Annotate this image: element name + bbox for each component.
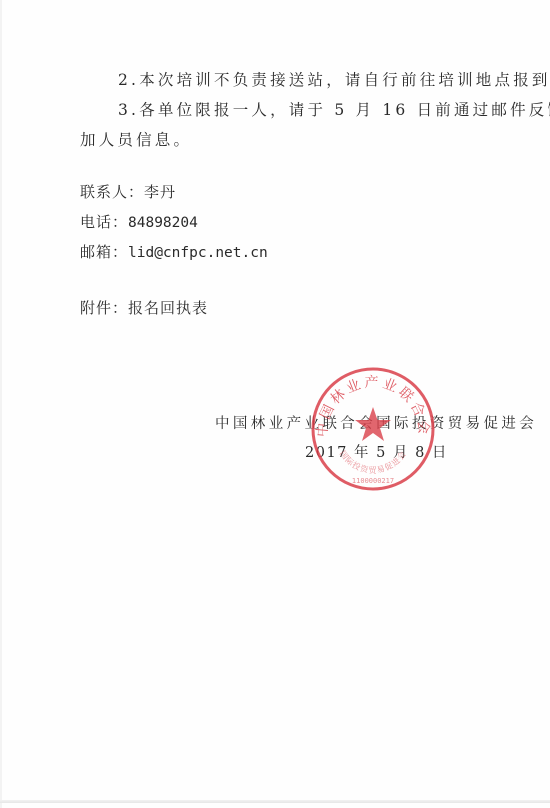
contact-email-label: 邮箱： xyxy=(80,243,128,261)
paragraph-item-2: 2.本次培训不负责接送站，请自行前往培训地点报到。 xyxy=(118,70,550,90)
contact-phone-value: 84898204 xyxy=(128,215,198,231)
document-page: 2.本次培训不负责接送站，请自行前往培训地点报到。 3.各单位限报一人，请于 5… xyxy=(0,0,550,808)
page-bottom-edge xyxy=(0,800,550,803)
contact-phone-label: 电话： xyxy=(80,213,128,231)
svg-text:1100000217: 1100000217 xyxy=(352,477,394,485)
contact-phone: 电话：84898204 xyxy=(80,212,198,233)
page-left-edge xyxy=(0,0,2,808)
paragraph-item-3-continued: 加人员信息。 xyxy=(80,130,192,150)
official-seal-icon: 中国林业产业联合会 国际投资贸易促进会 1100000217 xyxy=(309,365,437,493)
attachment-line: 附件：报名回执表 xyxy=(80,298,208,318)
contact-email: 邮箱：lid@cnfpc.net.cn xyxy=(80,242,268,263)
contact-email-value[interactable]: lid@cnfpc.net.cn xyxy=(128,245,268,261)
contact-person-label: 联系人： xyxy=(80,183,144,201)
attachment-label: 附件： xyxy=(80,299,128,317)
attachment-value: 报名回执表 xyxy=(128,299,208,317)
svg-text:国际投资贸易促进会: 国际投资贸易促进会 xyxy=(338,449,408,475)
contact-person: 联系人：李丹 xyxy=(80,182,176,202)
paragraph-item-3: 3.各单位限报一人，请于 5 月 16 日前通过邮件反馈参 xyxy=(118,100,550,120)
contact-person-value: 李丹 xyxy=(144,183,176,201)
